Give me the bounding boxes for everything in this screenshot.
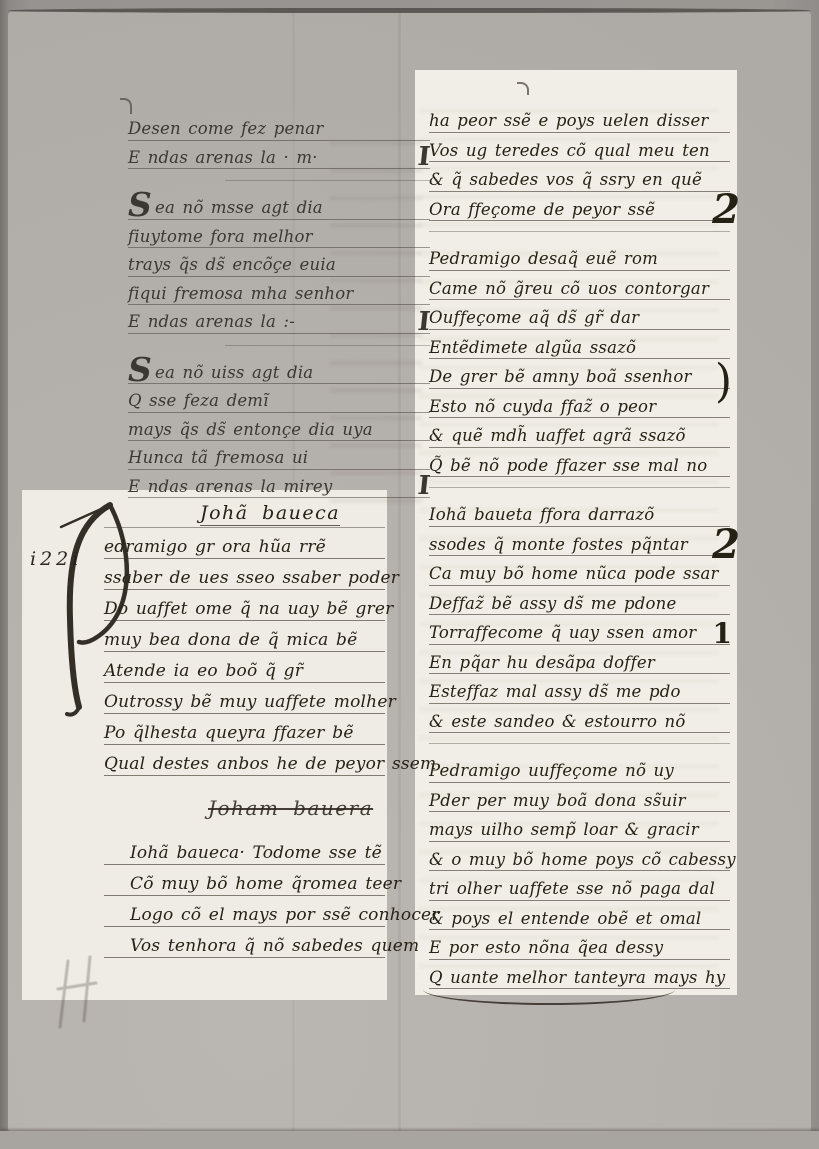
verse-line: mays q̃s ds̃ entonçe dia uya: [128, 413, 430, 442]
verse-text: ssaber de ues sseo ssaber poder: [104, 570, 399, 589]
verse-line: ssaber de ues sseo ssaber poder: [104, 559, 385, 590]
verse-line: Qual destes anbos he de peyor ssem: [104, 745, 385, 776]
verse-line: Q̃ bẽ nõ pode ffazer sse mal no: [429, 448, 730, 478]
verse-line: Pder per muy boã dona ss̃uir: [429, 783, 730, 813]
verse-line: Esto nõ cuyda ffaz̃ o peor: [429, 389, 730, 419]
verse-text: fiuytome fora melhor: [128, 229, 313, 248]
verse-text: Desen come fez penar: [128, 121, 323, 140]
verse-line: & q̃ sabedes vos q̃ ssry en quẽ: [429, 162, 730, 192]
manuscript-scan: { "page": { "margin_number": "i22i", "co…: [0, 0, 819, 1149]
verse-text: Esteffaz mal assy ds̃ me pdo: [429, 684, 681, 703]
verse-text: Pedramigo uuffeçome nõ uy: [429, 763, 674, 782]
line-end-flourish: 2: [712, 194, 740, 226]
verse-line: Q sse feza demĩ: [128, 384, 430, 413]
verse-text: & poys el entende obẽ et omal: [429, 911, 701, 930]
verse-text: & quẽ mdh̃ uaffet agrã ssazõ: [429, 428, 686, 447]
verse-text: mays uilho semp̃ loar & gracir: [429, 822, 699, 841]
verse-text: Vos tenhora q̃ nõ sabedes quem: [130, 938, 419, 957]
stanza: Sea nõ uiss agt diaQ sse feza demĩmays q…: [128, 356, 404, 499]
verse-text: fiqui fremosa mha senhor: [128, 286, 353, 305]
verse-line: Ca muy bõ home nũca pode ssar: [429, 556, 730, 586]
verse-line: ha peor ssẽ e poys uelen disser: [429, 103, 730, 133]
verse-line: trays q̃s ds̃ encõçe euia: [128, 248, 430, 277]
verse-text: Do uaffet ome q̃ na uay bẽ grer: [104, 601, 393, 620]
right-highlight-text-column: ha peor ssẽ e poys uelen disserVos ug te…: [429, 103, 730, 1009]
verse-text: En pq̃ar hu desãpa doffer: [429, 655, 655, 674]
verse-text: Qual destes anbos he de peyor ssem: [104, 756, 436, 775]
verse-text: tri olher uaffete sse nõ paga dal: [429, 881, 715, 900]
stanza: edramigo gr ora hũa rrẽssaber de ues sse…: [104, 528, 385, 776]
verse-line: Entẽdimete algũa ssazõ: [429, 330, 730, 360]
left-highlight-text-column: Johã bauecaedramigo gr ora hũa rrẽssaber…: [104, 495, 385, 958]
verso-ink-mark: [46, 955, 116, 1035]
verse-line: Esteffaz mal assy ds̃ me pdo: [429, 674, 730, 704]
page-top-edge: [8, 8, 811, 13]
verse-line: De grer bẽ amny boã ssenhor): [429, 359, 730, 389]
verse-line: Vos ug teredes cõ qual meu ten: [429, 133, 730, 163]
verse-line: E por esto nõna q̃ea dessy: [429, 930, 730, 960]
verse-line: Pedramigo uuffeçome nõ uy: [429, 753, 730, 783]
verse-line: Ouffeçome aq̃ ds̃ gr̃ dar: [429, 300, 730, 330]
verse-line: Outrossy bẽ muy uaffete molher: [104, 683, 385, 714]
verse-text: muy bea dona de q̃ mica bẽ: [104, 632, 357, 651]
stanza: Iohã baueca· Todome sse tẽCõ muy bõ home…: [104, 834, 385, 958]
verse-text: ha peor ssẽ e poys uelen disser: [429, 113, 709, 132]
verse-line: & quẽ mdh̃ uaffet agrã ssazõ: [429, 418, 730, 448]
verse-text: Pedramigo desaq̃ euẽ rom: [429, 251, 658, 270]
verse-line: Sea nõ msse agt dia: [128, 191, 430, 220]
stanza: Sea nõ msse agt diafiuytome fora melhort…: [128, 191, 404, 334]
cantiga-heading: Johã baueca: [104, 495, 385, 528]
verse-line: & o muy bõ home poys cõ cabessy: [429, 842, 730, 872]
verse-text: Ca muy bõ home nũca pode ssar: [429, 566, 719, 585]
verse-text: Iohã baueta ffora darrazõ: [429, 507, 654, 526]
verse-line: tri olher uaffete sse nõ paga dal: [429, 871, 730, 901]
verse-text: De grer bẽ amny boã ssenhor: [429, 369, 692, 388]
stanza: ha peor ssẽ e poys uelen disserVos ug te…: [429, 103, 730, 221]
verse-line: mays uilho semp̃ loar & gracir: [429, 812, 730, 842]
page-bottom-shadow: [0, 1131, 819, 1149]
verse-text: Atende ia eo boõ q̃ gr̃: [104, 663, 303, 682]
verse-text: E ndas arenas la :-: [128, 314, 295, 333]
verse-text: Sea nõ msse agt dia: [128, 200, 323, 219]
verse-line: Hunca tã fremosa ui: [128, 441, 430, 470]
stanza: Desen come fez penarE ndas arenas la · m…: [128, 112, 404, 169]
heading-text: Joham bauera: [208, 796, 373, 821]
verse-line: En pq̃ar hu desãpa doffer: [429, 645, 730, 675]
verse-text: Q sse feza demĩ: [128, 393, 269, 412]
verse-text: Iohã baueca· Todome sse tẽ: [130, 845, 382, 864]
underline-flourish: [423, 987, 675, 1005]
verse-line: & este sandeo & estourro nõ: [429, 704, 730, 734]
verse-line: E ndas arenas la :-I: [128, 305, 430, 334]
verse-text: Sea nõ uiss agt dia: [128, 365, 313, 384]
left-text-column: Desen come fez penarE ndas arenas la · m…: [128, 112, 404, 520]
verse-text: trays q̃s ds̃ encõçe euia: [128, 257, 336, 276]
verse-line: Vos tenhora q̃ nõ sabedes quem: [104, 927, 385, 958]
verse-line: Torraffecome q̃ uay ssen amor1: [429, 615, 730, 645]
verse-line: E ndas arenas la mireyI: [128, 470, 430, 499]
verse-line: Logo cõ el mays por ssẽ conhocer: [104, 896, 385, 927]
verse-line: ssodes q̃ monte fostes pq̃ntar2: [429, 527, 730, 557]
verse-text: E por esto nõna q̃ea dessy: [429, 940, 663, 959]
pen-flourish: [517, 82, 529, 95]
verse-line: & poys el entende obẽ et omal: [429, 901, 730, 931]
verse-text: & este sandeo & estourro nõ: [429, 714, 686, 733]
verse-line: muy bea dona de q̃ mica bẽ: [104, 621, 385, 652]
verse-line: Q uante melhor tanteyra mays hy: [429, 960, 730, 990]
verse-line: Came nõ g̃reu cõ uos contorgar: [429, 271, 730, 301]
verse-text: Pder per muy boã dona ss̃uir: [429, 793, 686, 812]
verse-text: Deffaz̃ bẽ assy ds̃ me pdone: [429, 596, 676, 615]
verse-line: fiuytome fora melhor: [128, 220, 430, 249]
verse-text: Ora ffeçome de peyor ssẽ: [429, 202, 655, 221]
verse-text: Entẽdimete algũa ssazõ: [429, 340, 636, 359]
verse-text: Hunca tã fremosa ui: [128, 450, 308, 469]
verse-text: Torraffecome q̃ uay ssen amor: [429, 625, 696, 644]
stanza: Pedramigo uuffeçome nõ uyPder per muy bo…: [429, 753, 730, 989]
verse-line: Iohã baueca· Todome sse tẽ: [104, 834, 385, 865]
heading-text: Johã baueca: [200, 502, 340, 526]
verse-text: Outrossy bẽ muy uaffete molher: [104, 694, 396, 713]
stanza: Pedramigo desaq̃ euẽ romCame nõ g̃reu cõ…: [429, 241, 730, 477]
verse-text: mays q̃s ds̃ entonçe dia uya: [128, 422, 373, 441]
verse-line: E ndas arenas la · m·I: [128, 141, 430, 170]
verse-text: Vos ug teredes cõ qual meu ten: [429, 143, 710, 162]
verse-text: ssodes q̃ monte fostes pq̃ntar: [429, 537, 688, 556]
stanza: Iohã baueta ffora darrazõssodes q̃ monte…: [429, 497, 730, 733]
verse-text: Cõ muy bõ home q̃romea teer: [130, 876, 401, 895]
verse-text: Esto nõ cuyda ffaz̃ o peor: [429, 399, 656, 418]
verse-line: Cõ muy bõ home q̃romea teer: [104, 865, 385, 896]
verse-line: fiqui fremosa mha senhor: [128, 277, 430, 306]
verse-line: edramigo gr ora hũa rrẽ: [104, 528, 385, 559]
verse-line: Desen come fez penar: [128, 112, 430, 141]
verse-text: Po q̃lhesta queyra ffazer bẽ: [104, 725, 354, 744]
verse-line: Po q̃lhesta queyra ffazer bẽ: [104, 714, 385, 745]
verse-line: Iohã baueta ffora darrazõ: [429, 497, 730, 527]
verse-line: Ora ffeçome de peyor ssẽ2: [429, 192, 730, 222]
verse-text: Ouffeçome aq̃ ds̃ gr̃ dar: [429, 310, 639, 329]
verse-text: & o muy bõ home poys cõ cabessy: [429, 852, 736, 871]
verse-text: E ndas arenas la · m·: [128, 150, 318, 169]
verse-line: Deffaz̃ bẽ assy ds̃ me pdone: [429, 586, 730, 616]
verse-text: Logo cõ el mays por ssẽ conhocer: [130, 907, 440, 926]
line-end-flourish: 1: [713, 621, 732, 646]
verse-text: Q uante melhor tanteyra mays hy: [429, 970, 725, 989]
verse-text: Q̃ bẽ nõ pode ffazer sse mal no: [429, 458, 707, 477]
verse-text: Came nõ g̃reu cõ uos contorgar: [429, 281, 709, 300]
verse-line: Pedramigo desaq̃ euẽ rom: [429, 241, 730, 271]
verse-line: Atende ia eo boõ q̃ gr̃: [104, 652, 385, 683]
verse-line: Sea nõ uiss agt dia: [128, 356, 430, 385]
verse-text: & q̃ sabedes vos q̃ ssry en quẽ: [429, 172, 702, 191]
struck-heading: Joham bauera: [104, 788, 385, 822]
verse-line: Do uaffet ome q̃ na uay bẽ grer: [104, 590, 385, 621]
verse-text: edramigo gr ora hũa rrẽ: [104, 539, 326, 558]
